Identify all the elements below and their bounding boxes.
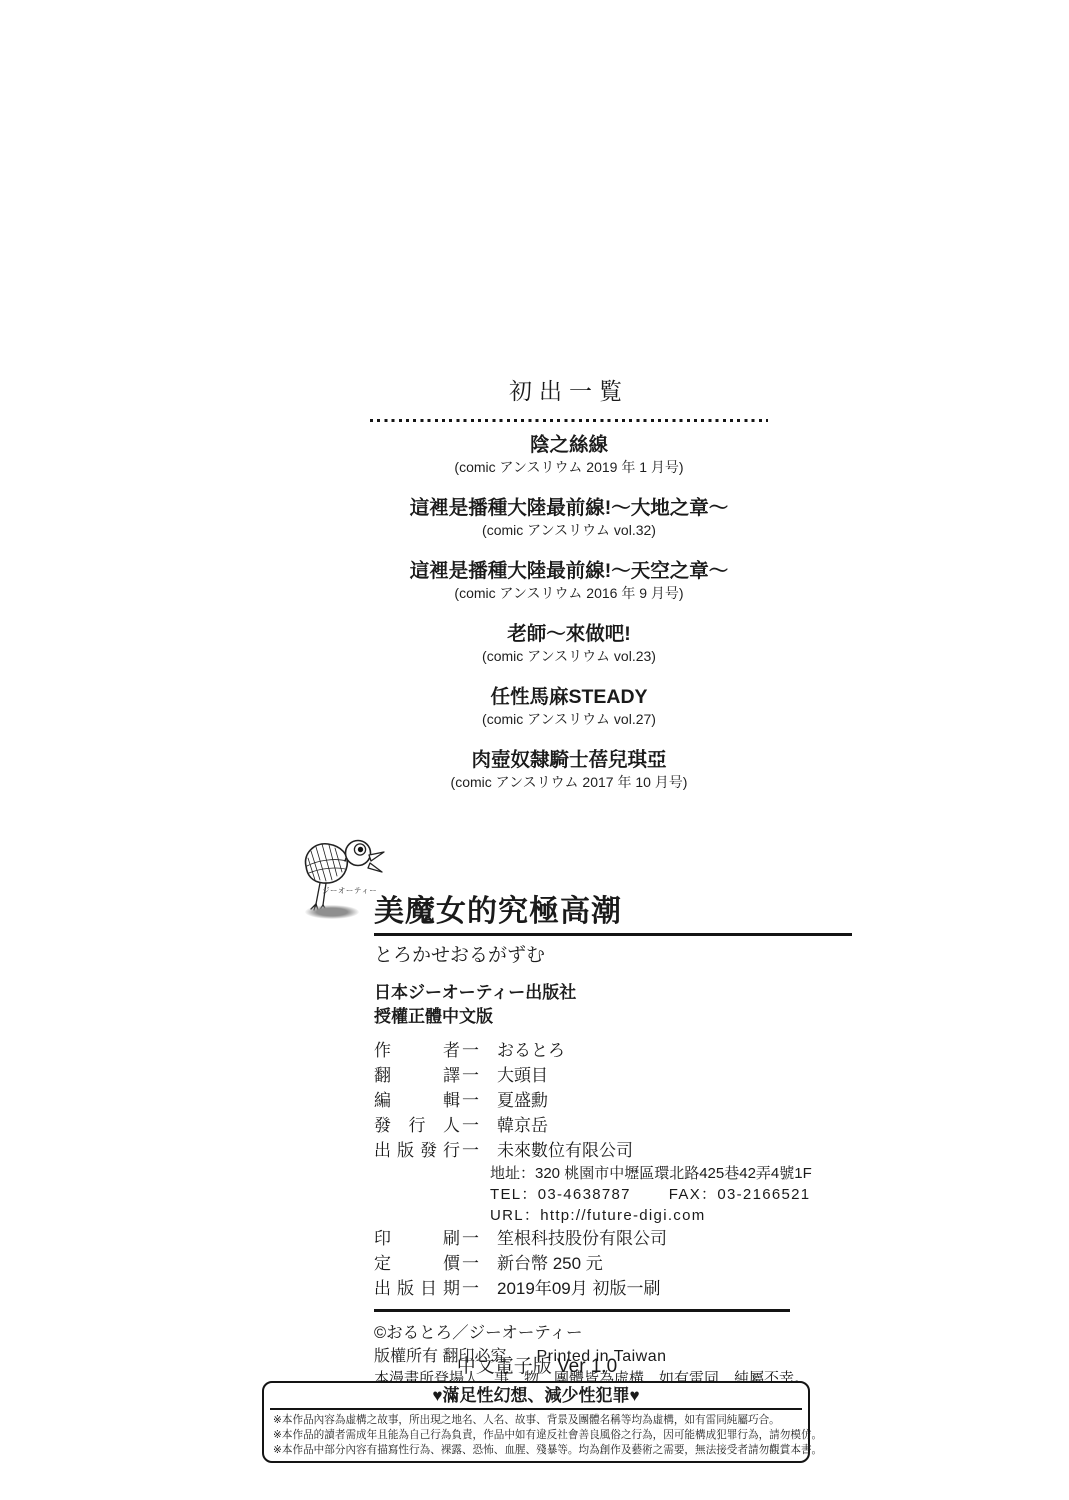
entry-list: 陰之絲線 (comic アンスリウム 2019 年 1 月号) 這裡是播種大陸最…: [330, 434, 808, 792]
disclaimer-line: ※本作品內容為虛構之故事，所出現之地名、人名、故事、背景及團體名稱等均為虛構，如…: [273, 1413, 799, 1428]
colophon-block: 美魔女的究極高潮 とろかせおるがずむ 日本ジーオーティー出版社 授權正體中文版 …: [374, 894, 852, 1390]
disclaimer-box: ♥滿足性幻想、減少性犯罪♥ ※本作品內容為虛構之故事，所出現之地名、人名、故事、…: [262, 1381, 810, 1463]
book-subtitle: とろかせおるがずむ: [374, 944, 852, 968]
credit-row-printer: 印刷一笙根科技股份有限公司: [374, 1226, 852, 1251]
list-item: 任性馬麻STEADY (comic アンスリウム vol.27): [330, 686, 808, 729]
credit-rows: 作者一おるとろ 翻譯一大頭目 編輯一夏盛勳 發行人一韓京岳 出版發行一未來數位有…: [374, 1038, 852, 1301]
title-rule: [374, 933, 852, 936]
publisher-address: 地址：320 桃園市中壢區環北路425巷42弄4號1F: [374, 1163, 852, 1184]
list-item: 這裡是播種大陸最前線!～天空之章～ (comic アンスリウム 2016 年 9…: [330, 560, 808, 603]
credit-row-price: 定價一新台幣 250 元: [374, 1251, 852, 1276]
credit-row-issuer: 發行人一韓京岳: [374, 1113, 852, 1138]
publisher-name: 日本ジーオーティー出版社: [374, 981, 852, 1005]
list-item: 肉壺奴隸騎士蓓兒琪亞 (comic アンスリウム 2017 年 10 月号): [330, 749, 808, 792]
entry-source: (comic アンスリウム vol.23): [330, 647, 808, 666]
list-item: 老師～來做吧! (comic アンスリウム vol.23): [330, 623, 808, 666]
entry-title: 肉壺奴隸騎士蓓兒琪亞: [330, 749, 808, 772]
credit-row-publisher: 出版發行一未來數位有限公司: [374, 1138, 852, 1163]
disclaimer-line: ※本作品的讀者需成年且能為自己行為負責，作品中如有違反社會善良風俗之行為，因可能…: [273, 1428, 799, 1443]
tel: TEL：03-4638787: [490, 1186, 631, 1203]
entry-title: 任性馬麻STEADY: [330, 686, 808, 709]
entry-title: 這裡是播種大陸最前線!～天空之章～: [330, 560, 808, 583]
list-item: 陰之絲線 (comic アンスリウム 2019 年 1 月号): [330, 434, 808, 477]
license-note: 授權正體中文版: [374, 1005, 852, 1029]
credit-row-editor: 編輯一夏盛勳: [374, 1088, 852, 1113]
fax: FAX：03-2166521: [669, 1186, 811, 1203]
entry-title: 這裡是播種大陸最前線!～大地之章～: [330, 497, 808, 520]
first-publication-list: 初出一覧 陰之絲線 (comic アンスリウム 2019 年 1 月号) 這裡是…: [330, 376, 808, 812]
logo-shadow: [305, 905, 359, 919]
dotted-divider: [370, 419, 768, 422]
list-item: 這裡是播種大陸最前線!～大地之章～ (comic アンスリウム vol.32): [330, 497, 808, 540]
book-title: 美魔女的究極高潮: [374, 894, 852, 930]
publisher-url: URL：http://future-digi.com: [374, 1205, 852, 1226]
entry-source: (comic アンスリウム 2017 年 10 月号): [330, 773, 808, 792]
credit-row-author: 作者一おるとろ: [374, 1038, 852, 1063]
entry-title: 老師～來做吧!: [330, 623, 808, 646]
credit-row-pubdate: 出版日期一2019年09月 初版一刷: [374, 1276, 852, 1301]
entry-source: (comic アンスリウム 2016 年 9 月号): [330, 584, 808, 603]
credit-row-translator: 翻譯一大頭目: [374, 1063, 852, 1088]
copyright-line: ©おるとろ／ジーオーティー: [374, 1321, 852, 1345]
disclaimer-line: ※本作品中部分內容有描寫性行為、裸露、恐怖、血腥、殘暴等。均為創作及藝術之需要，…: [273, 1443, 799, 1458]
disclaimer-lines: ※本作品內容為虛構之故事，所出現之地名、人名、故事、背景及團體名稱等均為虛構，如…: [264, 1410, 808, 1457]
entry-source: (comic アンスリウム 2019 年 1 月号): [330, 458, 808, 477]
entry-title: 陰之絲線: [330, 434, 808, 457]
digital-version-label: 中文電子版 Ver 1.0: [262, 1355, 812, 1379]
section-title: 初出一覧: [330, 376, 808, 406]
disclaimer-title: ♥滿足性幻想、減少性犯罪♥: [270, 1385, 802, 1410]
double-rule: [374, 1309, 790, 1312]
entry-source: (comic アンスリウム vol.32): [330, 521, 808, 540]
entry-source: (comic アンスリウム vol.27): [330, 710, 808, 729]
publisher-phone: TEL：03-4638787FAX：03-2166521: [374, 1184, 852, 1205]
logo-caption: ジーオーティー: [322, 885, 377, 896]
